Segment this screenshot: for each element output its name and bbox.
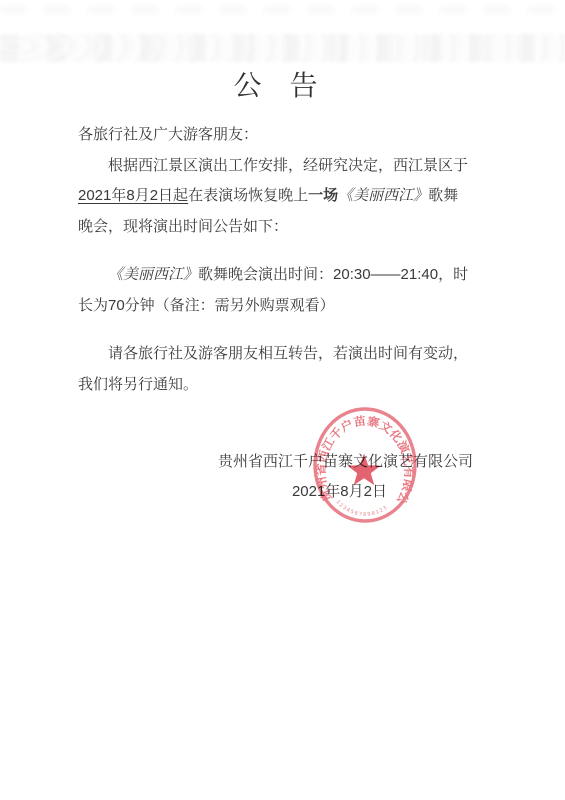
signature-date: 2021年8月2日 (78, 479, 473, 505)
announcement-text: 在表演场恢复晚上 (188, 187, 308, 204)
paragraph-announcement: 根据西江景区演出工作安排，经研究决定，西江景区于2021年8月2日起在表演场恢复… (78, 151, 473, 243)
notice-page: 公 告 各旅行社及广大游客朋友： 根据西江景区演出工作安排，经研究决定，西江景区… (0, 0, 565, 800)
show-name-italic: 《美丽西江》 (108, 266, 198, 283)
salutation-line: 各旅行社及广大游客朋友： (78, 120, 473, 151)
signature-block: 贵州省西江千户苗寨文化演艺有限公司 2021年8月2日 (78, 449, 473, 505)
notice-title: 公 告 (78, 66, 473, 106)
announcement-text: 根据西江景区演出工作安排，经研究决定，西江景区于 (108, 157, 468, 174)
show-name-italic: 《美丽西江》 (338, 187, 428, 204)
scan-artifact-ghost-band (0, 34, 565, 62)
company-name: 贵州省西江千户苗寨文化演艺有限公司 (78, 449, 473, 475)
announcement-emphasis-bold: 一场 (308, 187, 338, 204)
scan-artifact-top-line (0, 6, 565, 14)
paragraph-showtime: 《美丽西江》歌舞晚会演出时间：20:30——21:40，时长为70分钟（备注：需… (78, 260, 473, 321)
announcement-date-underlined: 2021年8月2日起 (78, 187, 188, 204)
paragraph-notify: 请各旅行社及游客朋友相互转告，若演出时间有变动，我们将另行通知。 (78, 339, 473, 400)
